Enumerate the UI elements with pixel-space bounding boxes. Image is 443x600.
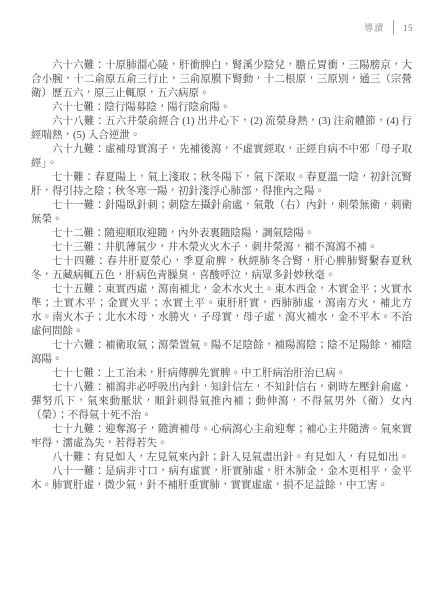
paragraph-nan-73: 七十三難：井肌薄氣少，井木滎火火木子，刺井滎瀉，補不瀉瀉不補。 bbox=[31, 241, 412, 255]
section-title: 導讀 bbox=[364, 21, 384, 34]
paragraph-nan-77: 七十七難：上工治未，肝病傳脾先實脾。中工肝病治肝治已病。 bbox=[31, 367, 412, 381]
header-divider bbox=[393, 20, 394, 35]
paragraph-nan-79: 七十九難：迎奪瀉子，隨濟補母。心病瀉心主俞迎奪；補心主井隨濟。氣來實牢得，濡虛為… bbox=[31, 423, 412, 451]
paragraph-nan-75: 七十五難：東實西虛，瀉南補北，金木水火土。東木西金，木實金平；火實水準；土實木平… bbox=[31, 283, 412, 339]
paragraph-nan-74: 七十四難：春井肝夏滎心，季夏俞脾，秋經肺冬合腎，肝心脾肺腎繫春夏秋冬，五藏病輒五… bbox=[31, 255, 412, 283]
paragraph-nan-68: 六十八難：五六井滎俞經合 (1) 出井心下，(2) 流滎身熱，(3) 注俞體節，… bbox=[31, 115, 412, 143]
page-number: 15 bbox=[403, 23, 413, 33]
paragraph-nan-66: 六十六難：十原肺淵心陵，肝衝脾白，腎溪少陰兌，膽丘胃衝，三陽膀京，大合小腕，十二… bbox=[31, 59, 412, 101]
paragraph-nan-71: 七十一難：針陽臥針刺；刺陰左攝針俞處，氣散（右）內針，刺榮無衛，刺衛無榮。 bbox=[31, 199, 412, 227]
paragraph-nan-80: 八十難：有見如入，左見氣來內針；針入見氣盡出針。有見如入，有見如出。 bbox=[31, 451, 412, 465]
paragraph-nan-67: 六十七難：陰行陽募陰，陽行陰俞陽。 bbox=[31, 101, 412, 115]
paragraph-nan-70: 七十難：春夏陽上，氣上淺取；秋冬陽下，氣下深取。春夏溫一陰，初針沉腎肝，得引持之… bbox=[31, 171, 412, 199]
running-header: 導讀 15 bbox=[364, 20, 413, 35]
book-page: 導讀 15 六十六難：十原肺淵心陵，肝衝脾白，腎溪少陰兌，膽丘胃衝，三陽膀京，大… bbox=[0, 0, 443, 600]
paragraph-nan-76: 七十六難：補衛取氣；瀉榮置氣。陽不足陰餘，補陽瀉陰；陰不足陽餘，補陰瀉陽。 bbox=[31, 339, 412, 367]
paragraph-nan-81: 八十一難：是病非寸口，病有虛實，肝實肺虛，肝木肺金，金木更相平，金平木。肺實肝虛… bbox=[31, 465, 412, 493]
paragraph-nan-78: 七十八難：補瀉非必呼吸出內針，知針信左，不知針信右，刺時左壓針俞處，彈努爪下，氣… bbox=[31, 381, 412, 423]
body-text: 六十六難：十原肺淵心陵，肝衝脾白，腎溪少陰兌，膽丘胃衝，三陽膀京，大合小腕，十二… bbox=[31, 59, 412, 493]
paragraph-nan-69: 六十九難：虛補母實瀉子，先補後瀉，不虛實經取，正經自病不中邪「母子取經」。 bbox=[31, 143, 412, 171]
paragraph-nan-72: 七十二難：隨迎順取迎隨，內外表裏隨陰陽，調氣陰陽。 bbox=[31, 227, 412, 241]
